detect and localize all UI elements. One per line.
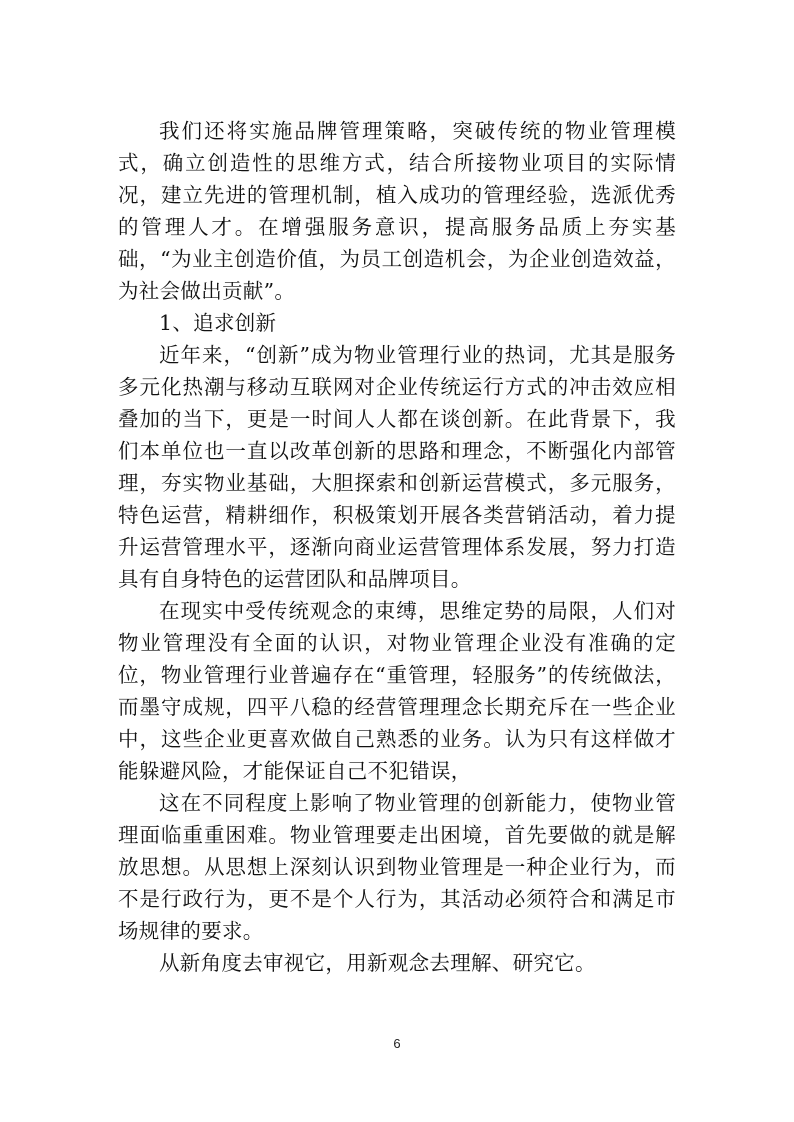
- paragraph-innovation-trend: 近年来，“创新”成为物业管理行业的热词，尤其是服务多元化热潮与移动互联网对企业传…: [118, 339, 676, 595]
- paragraph-traditional-constraints: 在现实中受传统观念的束缚，思维定势的局限，人们对物业管理没有全面的认识，对物业管…: [118, 595, 676, 787]
- body-text: 我们还将实施品牌管理策略，突破传统的物业管理模式，确立创造性的思维方式，结合所接…: [118, 115, 676, 979]
- section-heading-innovation: 1、追求创新: [118, 307, 676, 339]
- page-number: 6: [0, 1036, 794, 1051]
- paragraph-brand-strategy: 我们还将实施品牌管理策略，突破传统的物业管理模式，确立创造性的思维方式，结合所接…: [118, 115, 676, 307]
- paragraph-liberate-thinking: 这在不同程度上影响了物业管理的创新能力，使物业管理面临重重困难。物业管理要走出困…: [118, 787, 676, 947]
- document-page: 我们还将实施品牌管理策略，突破传统的物业管理模式，确立创造性的思维方式，结合所接…: [0, 0, 794, 1122]
- paragraph-new-perspective: 从新角度去审视它，用新观念去理解、研究它。: [118, 947, 676, 979]
